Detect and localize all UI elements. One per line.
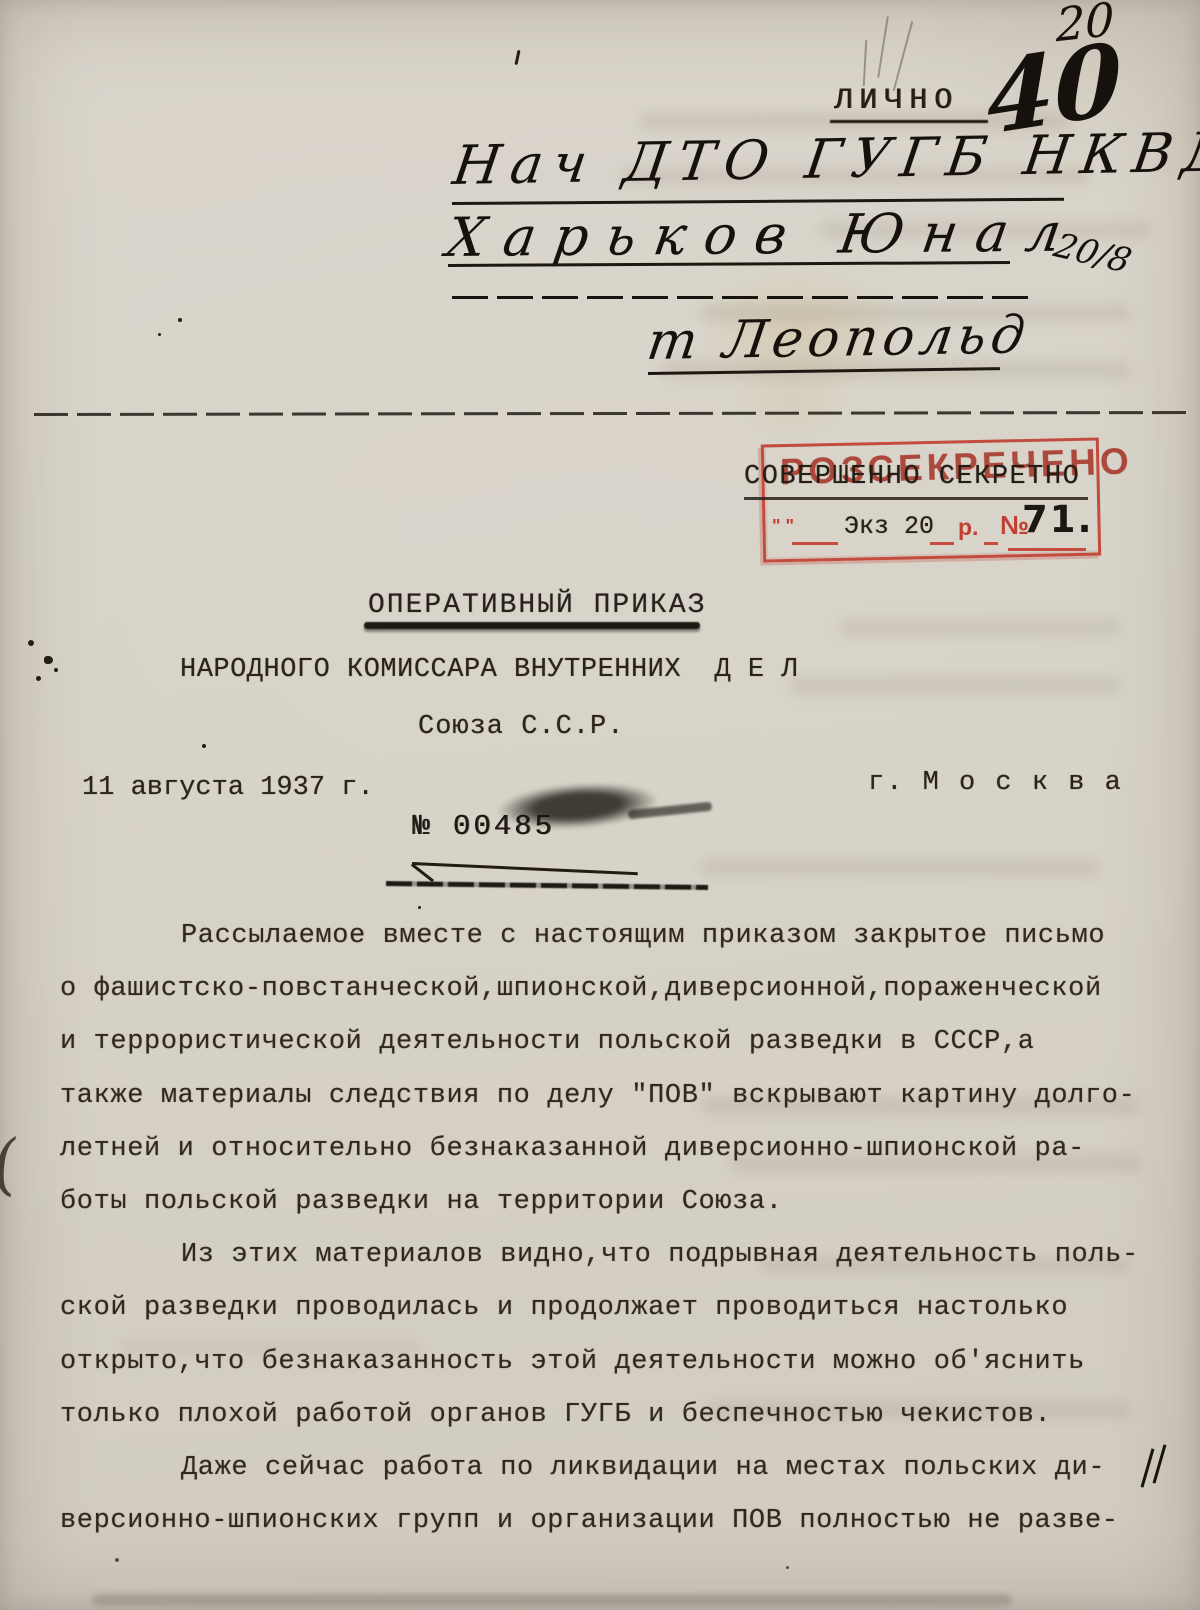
body-line: только плохой работой органов ГУГБ и бес… <box>60 1400 1165 1453</box>
top-secret-label: СОВЕРШЕННО СЕКРЕТНО <box>744 462 1080 492</box>
body-text: Рассылаемое вместе с настоящим приказом … <box>60 921 1165 1559</box>
bleed-through-mark <box>700 860 1100 875</box>
stamp-copy-number: 71. <box>1022 498 1094 541</box>
stamp-quote-marks: " " <box>772 516 794 537</box>
ink-speck <box>158 333 161 336</box>
stamp-r-label: р. <box>958 514 978 541</box>
ink-speck <box>514 50 520 65</box>
body-line: боты польской разведки на территории Сою… <box>60 1187 1165 1240</box>
ink-speck <box>178 318 182 322</box>
handwritten-underline <box>452 296 1034 299</box>
handwritten-address-line1: Нач ДТО ГУГБ НКВД <box>449 120 1200 197</box>
pencil-mark <box>877 16 889 78</box>
title-underline <box>364 622 700 629</box>
order-date: 11 августа 1937 г. <box>82 773 374 803</box>
bleed-through-mark <box>840 620 1120 635</box>
pencil-mark <box>863 40 867 86</box>
order-city: г. М о с к в а <box>868 768 1123 798</box>
personal-label: ЛИЧНО <box>834 84 959 118</box>
body-line: открыто,что безнаказанность этой деятель… <box>60 1347 1165 1400</box>
ink-speck <box>905 1254 908 1257</box>
ink-speck <box>28 640 34 646</box>
stamp-copy-label: Экз 20 <box>844 512 934 541</box>
bleed-through-mark <box>790 678 1120 693</box>
body-line: также материалы следствия по делу "ПОВ" … <box>60 1081 1165 1134</box>
ink-speck <box>418 906 421 909</box>
stamp-blank-line <box>1008 548 1086 551</box>
body-line: версионно-шпионских групп и организации … <box>60 1506 1165 1559</box>
body-line: летней и относительно безнаказанной диве… <box>60 1134 1165 1187</box>
order-subtitle: НАРОДНОГО КОМИССАРА ВНУТРЕННИХ Д Е Л <box>180 655 798 685</box>
handwritten-address-line2: Харьков Юнал <box>443 200 1084 269</box>
ink-speck <box>786 1566 789 1569</box>
ink-speck <box>44 656 53 664</box>
order-title: ОПЕРАТИВНЫЙ ПРИКАЗ <box>368 590 706 621</box>
body-line: Даже сейчас работа по ликвидации на мест… <box>60 1453 1165 1506</box>
ink-speck <box>54 668 58 672</box>
underline <box>830 120 988 123</box>
body-line: и террористической деятельности польской… <box>60 1027 1165 1080</box>
body-line: Из этих материалов видно,что подрывная д… <box>60 1240 1165 1293</box>
typed-rule <box>386 881 708 890</box>
pencil-mark <box>893 21 914 91</box>
order-union: Союза С.С.Р. <box>418 712 624 742</box>
separator-line <box>34 411 1192 416</box>
stamp-blank-line <box>984 542 998 545</box>
ink-speck <box>36 676 41 681</box>
stamp-blank-line <box>930 542 954 545</box>
body-line: Рассылаемое вместе с настоящим приказом … <box>60 921 1165 974</box>
stamp-blank-line <box>792 542 838 545</box>
body-line: ской разведки проводилась и продолжает п… <box>60 1293 1165 1346</box>
ink-smudge <box>497 778 660 833</box>
ink-speck <box>202 744 206 748</box>
ink-speck <box>115 1558 119 1562</box>
scan-smudge <box>92 1594 1012 1606</box>
margin-bracket: ( <box>0 1125 22 1204</box>
pen-arrow-line <box>412 862 638 875</box>
handwritten-addressee: т Леопольд <box>644 305 1034 372</box>
body-line: о фашистско-повстанческой,шпионской,диве… <box>60 974 1165 1027</box>
pen-arrow-hook <box>411 863 434 882</box>
document-page: 20 ЛИЧНО 40 Нач ДТО ГУГБ НКВД Харьков Юн… <box>0 0 1200 1610</box>
